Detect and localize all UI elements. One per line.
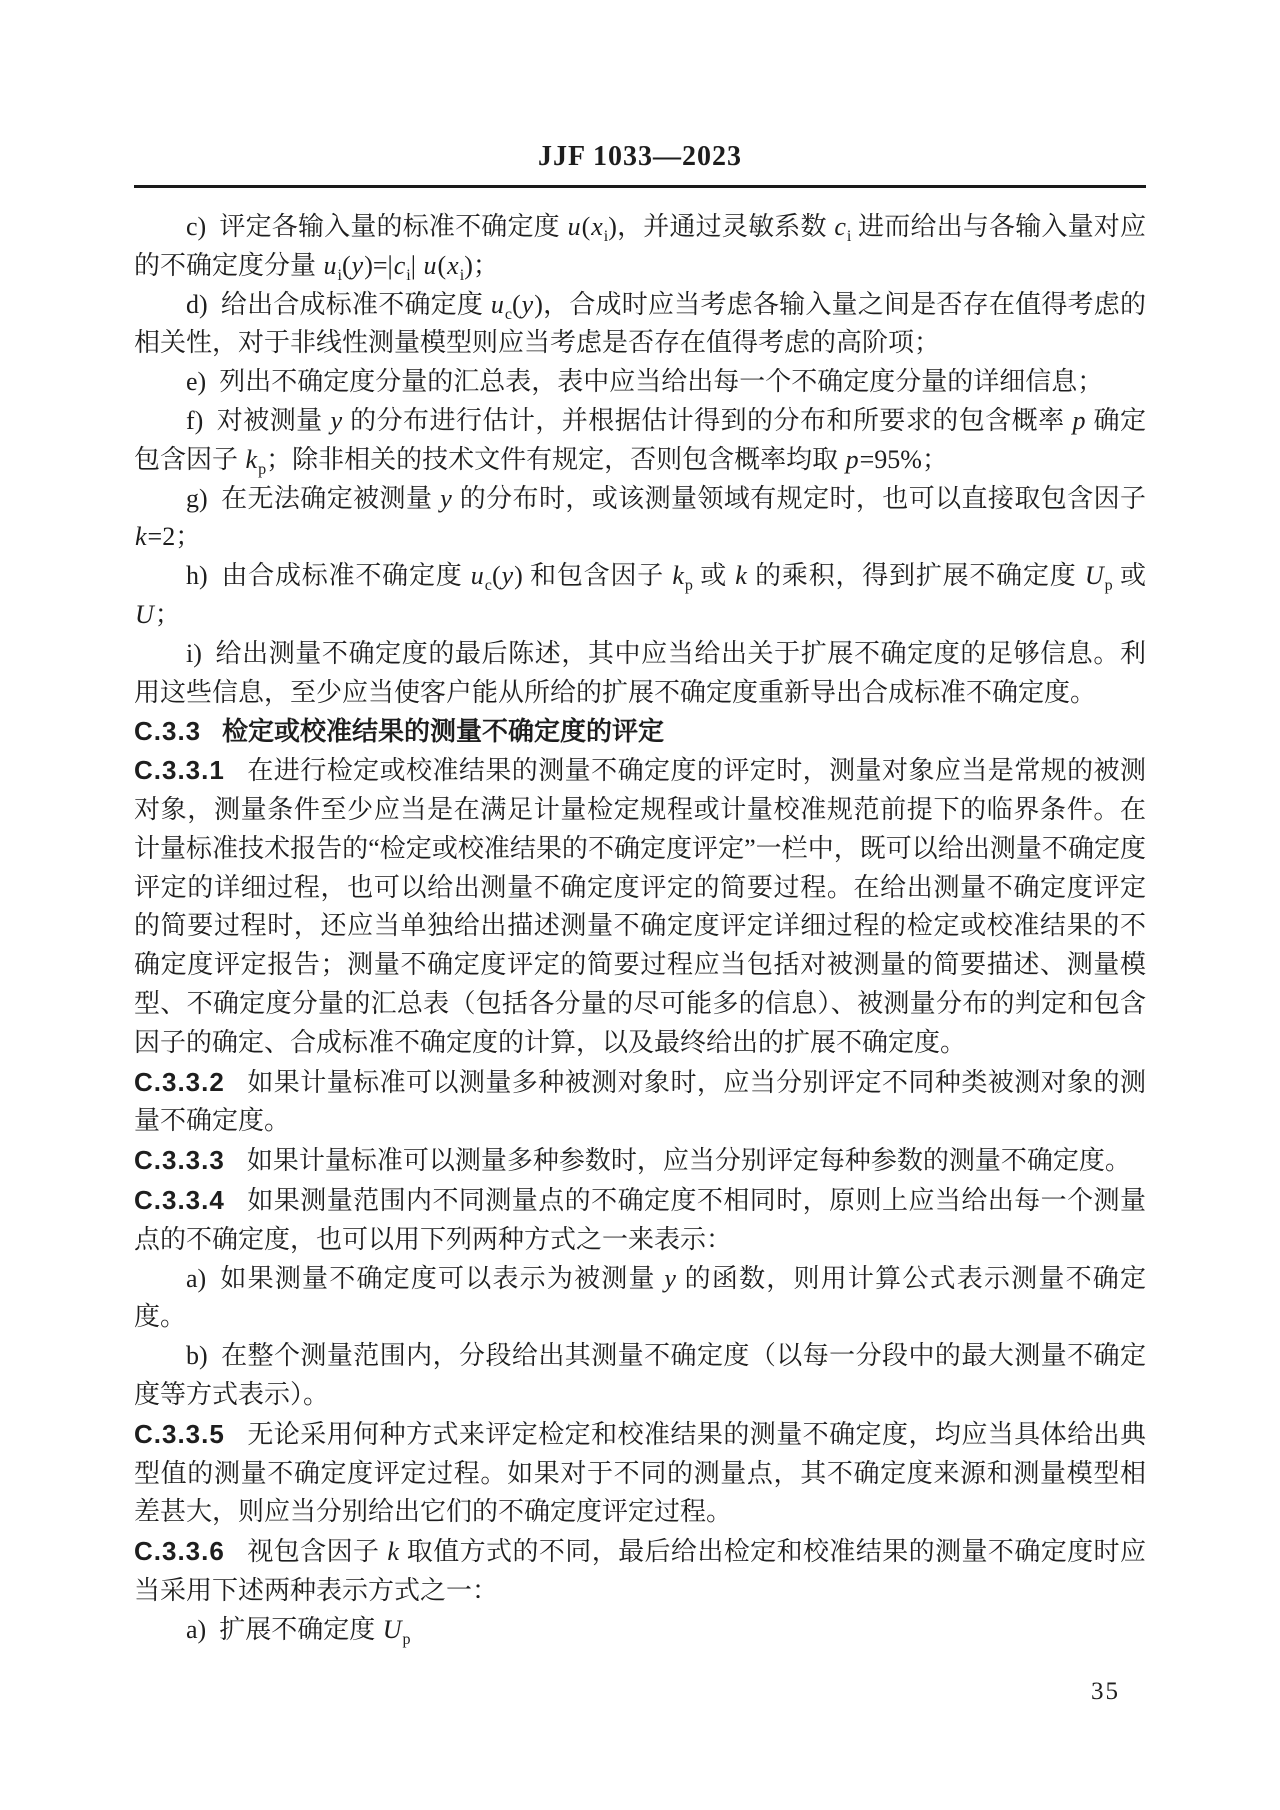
clause-number: C.3.3.5 (134, 1419, 225, 1449)
clause-number: C.3.3 (134, 716, 201, 746)
math-subscript: i (460, 267, 464, 284)
paragraph-text: 在进行检定或校准结果的测量不确定度的评定时，测量对象应当是常规的被测对象，测量条… (134, 756, 1146, 1057)
list-item-paragraph: b)在整个测量范围内，分段给出其测量不确定度（以每一分段中的最大测量不确定度等方… (134, 1337, 1146, 1415)
clause-paragraph: C.3.3.5无论采用何种方式来评定检定和校准结果的测量不确定度，均应当具体给出… (134, 1415, 1146, 1532)
clause-number: C.3.3.1 (134, 755, 225, 785)
math-variable: k (245, 445, 259, 474)
math-subscript: p (403, 1631, 411, 1648)
clause-paragraph: C.3.3.4如果测量范围内不同测量点的不确定度不相同时，原则上应当给出每一个测… (134, 1181, 1146, 1260)
paragraph-text: 列出不确定度分量的汇总表，表中应当给出每一个不确定度分量的详细信息； (219, 367, 1103, 396)
list-item-paragraph: a)如果测量不确定度可以表示为被测量 y 的函数，则用计算公式表示测量不确定度。 (134, 1260, 1146, 1338)
list-item-paragraph: e)列出不确定度分量的汇总表，表中应当给出每一个不确定度分量的详细信息； (134, 363, 1146, 402)
item-marker: e) (186, 367, 206, 396)
math-variable: y (663, 1264, 677, 1293)
paragraph-text: 如果计量标准可以测量多种被测对象时，应当分别评定不同种类被测对象的测量不确定度。 (134, 1068, 1146, 1136)
math-subscript: p (685, 577, 693, 594)
paragraph-text: 由合成标准不确定度 uc(y) 和包含因子 kp 或 k 的乘积，得到扩展不确定… (134, 561, 1146, 629)
math-variable: u (323, 251, 338, 280)
math-subscript: i (847, 228, 851, 245)
math-subscript: c (505, 306, 512, 323)
math-subscript: i (338, 267, 342, 284)
paragraph-text: 给出测量不确定度的最后陈述，其中应当给出关于扩展不确定度的足够信息。利用这些信息… (134, 639, 1146, 707)
math-variable: y (330, 406, 344, 435)
item-marker: a) (186, 1615, 206, 1644)
paragraph-text: 视包含因子 k 取值方式的不同，最后给出检定和校准结果的测量不确定度时应当采用下… (134, 1537, 1146, 1605)
math-variable: x (590, 212, 604, 241)
clause-number: C.3.3.6 (134, 1536, 225, 1566)
paragraph-text: 评定各输入量的标准不确定度 u(xi)，并通过灵敏系数 ci 进而给出与各输入量… (134, 212, 1146, 280)
clause-number: C.3.3.2 (134, 1067, 225, 1097)
math-variable: u (490, 290, 505, 319)
clause-paragraph: C.3.3.1在进行检定或校准结果的测量不确定度的评定时，测量对象应当是常规的被… (134, 751, 1146, 1062)
item-marker: i) (186, 639, 202, 668)
list-item-paragraph: f)对被测量 y 的分布进行估计，并根据估计得到的分布和所要求的包含概率 p 确… (134, 402, 1146, 480)
item-marker: d) (186, 290, 208, 319)
clause-paragraph: C.3.3.3如果计量标准可以测量多种参数时，应当分别评定每种参数的测量不确定度… (134, 1141, 1146, 1181)
clause-paragraph: C.3.3.2如果计量标准可以测量多种被测对象时，应当分别评定不同种类被测对象的… (134, 1063, 1146, 1142)
math-subscript: c (485, 577, 492, 594)
list-item-paragraph: d)给出合成标准不确定度 uc(y)，合成时应当考虑各输入量之间是否存在值得考虑… (134, 286, 1146, 364)
math-variable: k (734, 561, 748, 590)
math-variable: y (351, 251, 365, 280)
clause-number: C.3.3.4 (134, 1185, 225, 1215)
math-subscript: i (604, 228, 608, 245)
math-subscript: p (1105, 577, 1113, 594)
paragraph-text: 给出合成标准不确定度 uc(y)，合成时应当考虑各输入量之间是否存在值得考虑的相… (134, 290, 1146, 358)
math-variable: y (521, 290, 535, 319)
math-variable: y (439, 484, 453, 513)
item-marker: a) (186, 1264, 206, 1293)
math-variable: U (382, 1615, 403, 1644)
item-marker: f) (186, 406, 203, 435)
math-variable: u (567, 212, 582, 241)
clause-number: C.3.3.3 (134, 1145, 225, 1175)
paragraph-text: 无论采用何种方式来评定检定和校准结果的测量不确定度，均应当具体给出典型值的测量不… (134, 1420, 1146, 1527)
item-marker: c) (186, 212, 206, 241)
math-variable: c (393, 251, 407, 280)
paragraph-text: 如果计量标准可以测量多种参数时，应当分别评定每种参数的测量不确定度。 (247, 1146, 1131, 1175)
list-item-paragraph: h)由合成标准不确定度 uc(y) 和包含因子 kp 或 k 的乘积，得到扩展不… (134, 557, 1146, 635)
paragraph-text: 如果测量范围内不同测量点的不确定度不相同时，原则上应当给出每一个测量点的不确定度… (134, 1186, 1146, 1254)
math-variable: k (671, 561, 685, 590)
math-variable: p (1072, 406, 1087, 435)
clause-paragraph: C.3.3.6视包含因子 k 取值方式的不同，最后给出检定和校准结果的测量不确定… (134, 1532, 1146, 1611)
math-variable: u (470, 561, 485, 590)
document-page: JJF 1033—2023 c)评定各输入量的标准不确定度 u(xi)，并通过灵… (0, 0, 1280, 1810)
paragraph-text: 对被测量 y 的分布进行估计，并根据估计得到的分布和所要求的包含概率 p 确定包… (134, 406, 1146, 474)
math-subscript: i (406, 267, 410, 284)
section-heading: C.3.3检定或校准结果的测量不确定度的评定 (134, 712, 1146, 751)
paragraph-text: 如果测量不确定度可以表示为被测量 y 的函数，则用计算公式表示测量不确定度。 (134, 1264, 1146, 1332)
math-variable: p (845, 445, 860, 474)
math-variable: c (833, 212, 847, 241)
math-variable: k (386, 1537, 400, 1566)
list-item-paragraph: c)评定各输入量的标准不确定度 u(xi)，并通过灵敏系数 ci 进而给出与各输… (134, 208, 1146, 286)
math-variable: k (134, 522, 148, 551)
item-marker: g) (186, 484, 208, 513)
paragraph-text: 检定或校准结果的测量不确定度的评定 (222, 716, 664, 746)
item-marker: h) (186, 561, 208, 590)
paragraph-text: 在无法确定被测量 y 的分布时，或该测量领域有规定时，也可以直接取包含因子 k=… (134, 484, 1146, 552)
page-header-text: JJF 1033—2023 (0, 141, 1280, 173)
math-variable: u (423, 251, 438, 280)
list-item-paragraph: a)扩展不确定度 Up (134, 1611, 1146, 1650)
header-rule (134, 185, 1146, 188)
math-subscript: p (258, 461, 266, 478)
item-marker: b) (186, 1341, 208, 1370)
math-variable: y (501, 561, 515, 590)
paragraph-text: 在整个测量范围内，分段给出其测量不确定度（以每一分段中的最大测量不确定度等方式表… (134, 1341, 1146, 1409)
math-variable: U (1084, 561, 1105, 590)
paragraph-text: 扩展不确定度 Up (219, 1615, 410, 1644)
list-item-paragraph: g)在无法确定被测量 y 的分布时，或该测量领域有规定时，也可以直接取包含因子 … (134, 480, 1146, 558)
math-variable: x (446, 251, 460, 280)
document-body: c)评定各输入量的标准不确定度 u(xi)，并通过灵敏系数 ci 进而给出与各输… (134, 208, 1146, 1649)
page-number: 35 (1091, 1678, 1120, 1706)
list-item-paragraph: i)给出测量不确定度的最后陈述，其中应当给出关于扩展不确定度的足够信息。利用这些… (134, 635, 1146, 713)
math-variable: U (134, 600, 155, 629)
